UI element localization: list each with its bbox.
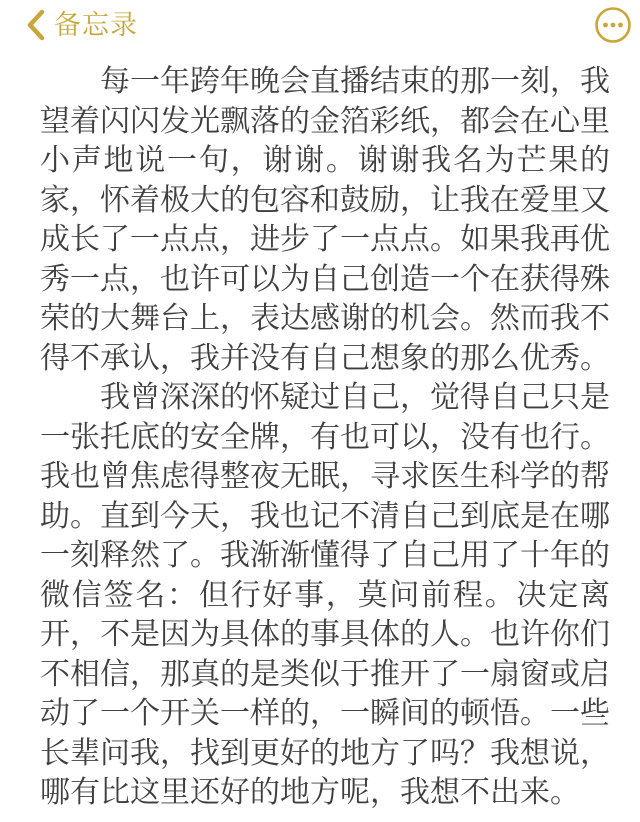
- nav-bar: 备忘录: [0, 0, 640, 46]
- back-label: 备忘录: [54, 10, 138, 40]
- notes-app-screen: 备忘录 每一年跨年晚会直播结束的那一刻，我望着闪闪发光飘落的金箔彩纸，都会在心里…: [0, 0, 640, 822]
- chevron-left-icon: [26, 9, 46, 41]
- note-body: 每一年跨年晚会直播结束的那一刻，我望着闪闪发光飘落的金箔彩纸，都会在心里小声地说…: [0, 46, 640, 813]
- note-paragraph: 每一年跨年晚会直播结束的那一刻，我望着闪闪发光飘落的金箔彩纸，都会在心里小声地说…: [40, 62, 610, 378]
- ellipsis-circle-icon: [594, 6, 632, 44]
- note-content[interactable]: 每一年跨年晚会直播结束的那一刻，我望着闪闪发光飘落的金箔彩纸，都会在心里小声地说…: [40, 62, 610, 813]
- note-paragraph: 我曾深深的怀疑过自己，觉得自己只是一张托底的安全牌，有也可以，没有也行。我也曾焦…: [40, 378, 610, 813]
- more-options-button[interactable]: [594, 6, 632, 44]
- back-button[interactable]: 备忘录: [26, 9, 138, 41]
